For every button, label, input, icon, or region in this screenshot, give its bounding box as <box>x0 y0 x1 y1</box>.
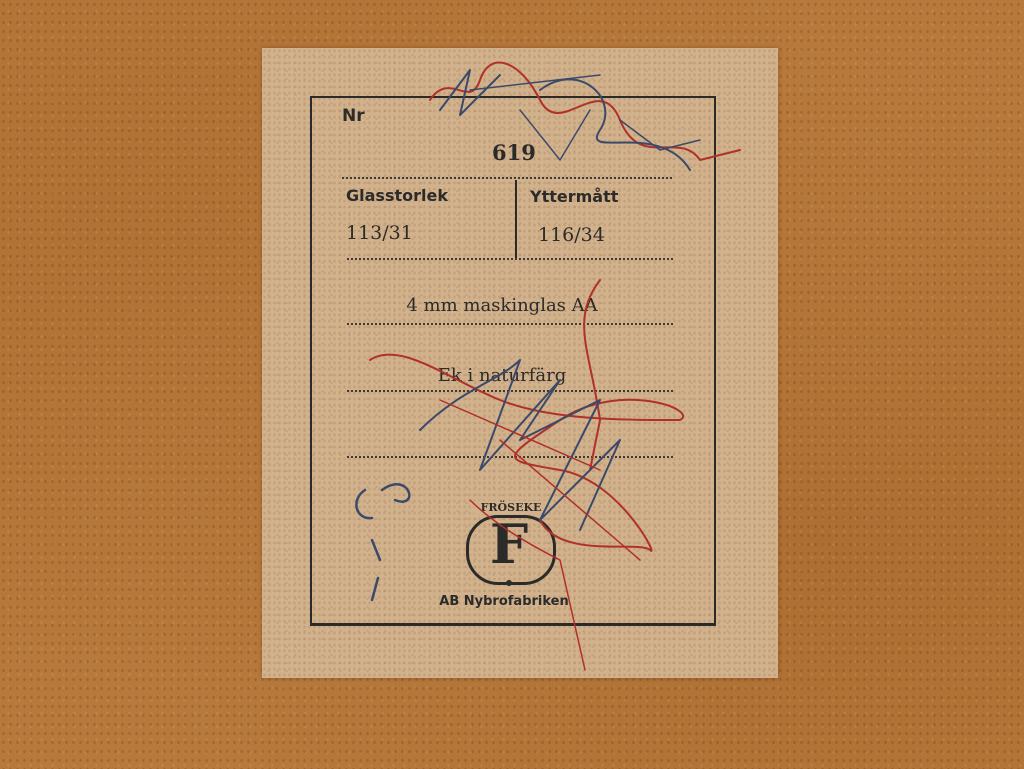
nr-label: Nr <box>342 106 365 126</box>
logo-dot <box>506 580 512 586</box>
glass-size-value: 113/31 <box>346 222 413 244</box>
divider <box>342 177 672 179</box>
glass-size-label: Glasstorlek <box>346 186 448 205</box>
outer-size-label: Yttermått <box>530 187 618 206</box>
glass-type: 4 mm maskinglas AA <box>312 295 692 316</box>
divider <box>347 390 673 392</box>
nr-value: 619 <box>492 140 536 165</box>
product-label: Nr 619 Glasstorlek 113/31 Yttermått 116/… <box>262 48 778 678</box>
divider <box>347 323 673 325</box>
column-divider <box>515 180 517 260</box>
label-frame: Nr 619 Glasstorlek 113/31 Yttermått 116/… <box>310 96 716 626</box>
logo-glyph: F <box>462 513 556 575</box>
outer-size-value: 116/34 <box>538 224 605 246</box>
manufacturer: AB Nybrofabriken <box>312 594 696 609</box>
divider <box>347 258 673 260</box>
froseke-logo: FRÖSEKE F <box>462 503 558 583</box>
divider <box>347 456 673 458</box>
finish: Ek i naturfärg <box>312 365 692 386</box>
